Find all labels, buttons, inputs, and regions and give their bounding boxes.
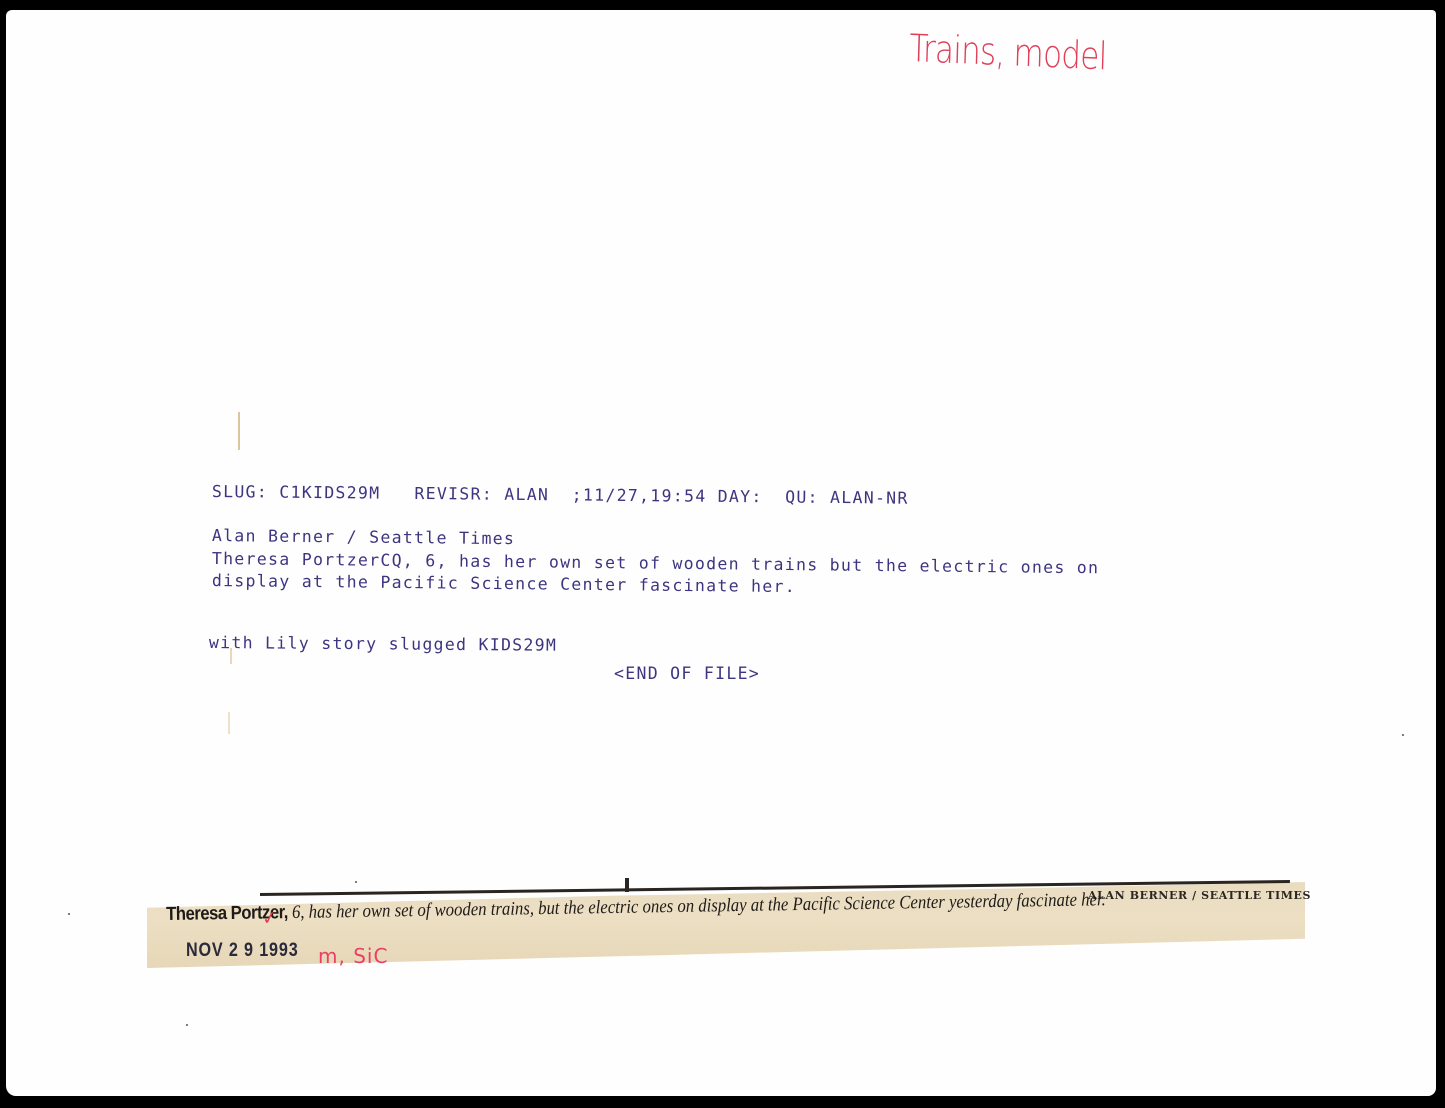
paper-speck <box>186 1024 188 1026</box>
date-stamp: NOV 2 9 1993 <box>186 940 299 962</box>
qu-value: ALAN-NR <box>830 488 909 508</box>
clipping-photo-credit: ALAN BERNER / SEATTLE TIMES <box>1088 889 1311 902</box>
handwritten-note: m, SiC <box>318 944 388 968</box>
photo-credit: Alan Berner / Seattle Times <box>212 526 516 548</box>
revisr-label: REVISR: <box>414 484 493 504</box>
pencil-mark <box>228 712 230 734</box>
timestamp: ;11/27,19:54 <box>572 485 707 505</box>
handwritten-subject-label: Trains, model <box>909 26 1107 78</box>
paper-speck <box>68 913 70 915</box>
paper-speck <box>355 881 357 883</box>
end-of-file-marker: <END OF FILE> <box>614 664 760 683</box>
story-note: with Lily story slugged KIDS29M <box>209 633 557 655</box>
pencil-mark <box>238 412 240 450</box>
revisr-value: ALAN <box>504 485 549 504</box>
day-label: DAY: <box>718 487 763 506</box>
slug-label: SLUG: <box>212 482 268 502</box>
clipping-tear-mark <box>625 878 629 892</box>
paper-speck <box>1402 734 1404 736</box>
qu-label: QU: <box>785 488 819 507</box>
slug-value: C1KIDS29M <box>279 483 380 503</box>
